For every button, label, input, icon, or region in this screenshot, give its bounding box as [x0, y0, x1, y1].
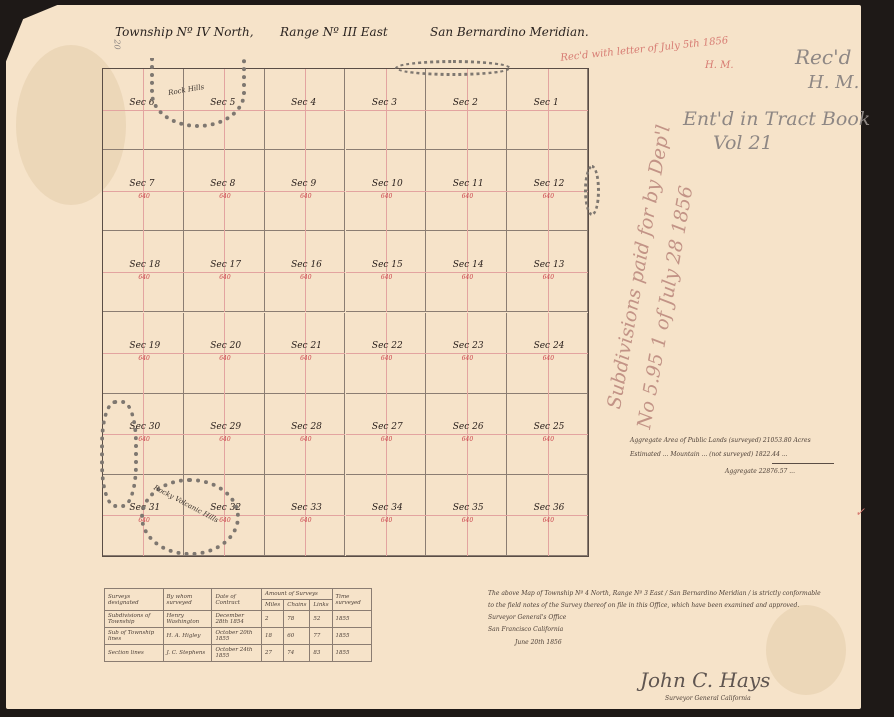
section-cell: Sec 22640: [346, 313, 427, 394]
section-label: Sec 33: [291, 503, 322, 513]
section-cell: Sec 10640: [346, 150, 427, 231]
subheader-miles: Miles: [262, 600, 284, 611]
section-label: Sec 16: [291, 260, 322, 270]
quarter-line: [386, 313, 387, 394]
township-title: Township Nº IV North,: [115, 25, 254, 39]
cell-chains: 78: [284, 611, 310, 628]
section-area: 640: [300, 517, 311, 524]
quarter-line: [305, 475, 306, 556]
section-label: Sec 14: [453, 260, 484, 270]
cell-miles: 18: [262, 628, 284, 645]
certification-date: June 20th 1856: [515, 639, 562, 646]
section-area: 640: [219, 193, 230, 200]
section-area: 640: [381, 274, 392, 281]
subheader-links: Links: [310, 600, 332, 611]
quarter-line: [305, 150, 306, 231]
section-cell: Sec 26640: [426, 394, 507, 475]
section-label: Sec 2: [453, 98, 478, 108]
certification-line-1: The above Map of Township Nº 4 North, Ra…: [488, 590, 821, 597]
section-area: 640: [300, 274, 311, 281]
section-area: 640: [138, 436, 149, 443]
section-label: Sec 34: [372, 503, 403, 513]
aggregate-surveyed: Aggregate Area of Public Lands (surveyed…: [630, 437, 811, 444]
section-cell: Sec 21640: [265, 313, 346, 394]
section-label: Sec 15: [372, 260, 403, 270]
cell-miles: 2: [262, 611, 284, 628]
section-label: Sec 3: [372, 98, 397, 108]
section-cell: Sec 23640: [426, 313, 507, 394]
section-cell: Sec 16640: [265, 231, 346, 312]
meridian-title: San Bernardino Meridian.: [430, 25, 589, 39]
section-cell: Sec 13640: [507, 231, 588, 312]
quarter-line: [548, 394, 549, 475]
section-label: Sec 11: [453, 179, 484, 189]
section-cell: Sec 36640: [507, 475, 588, 556]
quarter-line: [548, 475, 549, 556]
quarter-line: [467, 475, 468, 556]
section-area: 640: [219, 436, 230, 443]
quarter-line: [548, 150, 549, 231]
section-area: 640: [462, 274, 473, 281]
quarter-line: [143, 231, 144, 312]
quarter-line: [224, 394, 225, 475]
cell-links: 52: [310, 611, 332, 628]
section-area: 640: [138, 274, 149, 281]
section-label: Sec 8: [210, 179, 235, 189]
certification-line-2: to the field notes of the Survey thereof…: [488, 602, 799, 609]
quarter-line: [386, 231, 387, 312]
quarter-line: [467, 69, 468, 150]
section-area: 640: [462, 517, 473, 524]
section-cell: Sec 2: [426, 69, 507, 150]
survey-table: Surveys designated By whom surveyed Date…: [104, 588, 372, 662]
section-cell: Sec 28640: [265, 394, 346, 475]
cell-date: October 20th 1855: [212, 628, 262, 645]
section-cell: Sec 20640: [184, 313, 265, 394]
quarter-line: [143, 394, 144, 475]
table-row: Subdivisions of Township Henry Washingto…: [105, 611, 372, 628]
quarter-line: [305, 394, 306, 475]
quarter-line: [224, 150, 225, 231]
range-title: Range Nº III East: [280, 25, 388, 39]
section-cell: Sec 34640: [346, 475, 427, 556]
cell-time: 1855: [332, 611, 371, 628]
pencil-tract-book: Ent'd in Tract Book: [683, 108, 870, 130]
section-label: Sec 25: [534, 422, 565, 432]
quarter-line: [143, 69, 144, 150]
sum-rule: [772, 463, 834, 464]
quarter-line: [548, 231, 549, 312]
section-label: Sec 19: [129, 341, 160, 351]
section-label: Sec 23: [453, 341, 484, 351]
quarter-line: [548, 313, 549, 394]
cell-by: H. A. Higley: [163, 628, 212, 645]
section-area: 640: [138, 355, 149, 362]
aggregate-estimated: Estimated ... Mountain ... (not surveyed…: [630, 451, 788, 458]
ridge-outline: [395, 60, 511, 76]
quarter-line: [467, 231, 468, 312]
quarter-line: [305, 69, 306, 150]
section-area: 640: [300, 436, 311, 443]
section-area: 640: [462, 355, 473, 362]
cell-time: 1855: [332, 628, 371, 645]
section-area: 640: [543, 517, 554, 524]
cell-survey: Sub of Township lines: [105, 628, 164, 645]
section-cell: Sec 12640: [507, 150, 588, 231]
header-amount: Amount of Surveys: [262, 589, 333, 600]
west-hills-outline: [100, 400, 138, 508]
quarter-line: [224, 231, 225, 312]
rock-hills-outline: [150, 58, 246, 128]
table-row: Section lines J. C. Stephens October 24t…: [105, 645, 372, 662]
section-label: Sec 18: [129, 260, 160, 270]
pencil-initials: H. M.: [808, 72, 859, 93]
cell-by: Henry Washington: [163, 611, 212, 628]
section-label: Sec 10: [372, 179, 403, 189]
section-label: Sec 28: [291, 422, 322, 432]
section-area: 640: [219, 274, 230, 281]
section-label: Sec 22: [372, 341, 403, 351]
cell-date: December 28th 1854: [212, 611, 262, 628]
section-label: Sec 26: [453, 422, 484, 432]
section-area: 640: [543, 193, 554, 200]
aggregate-total: Aggregate 22876.57 ...: [725, 468, 795, 475]
section-label: Sec 12: [534, 179, 565, 189]
section-area: 640: [300, 355, 311, 362]
quarter-line: [305, 313, 306, 394]
quarter-line: [143, 150, 144, 231]
cell-survey: Section lines: [105, 645, 164, 662]
quarter-line: [143, 313, 144, 394]
cell-links: 83: [310, 645, 332, 662]
section-cell: Sec 4: [265, 69, 346, 150]
certification-office: Surveyor General's Office: [488, 614, 566, 621]
section-label: Sec 4: [291, 98, 316, 108]
header-by-whom: By whom surveyed: [163, 589, 212, 611]
section-label: Sec 1: [534, 98, 559, 108]
section-area: 640: [543, 355, 554, 362]
section-label: Sec 17: [210, 260, 241, 270]
cell-chains: 60: [284, 628, 310, 645]
section-cell: Sec 8640: [184, 150, 265, 231]
subheader-chains: Chains: [284, 600, 310, 611]
quarter-line: [386, 69, 387, 150]
section-area: 640: [381, 193, 392, 200]
pencil-recd: Rec'd: [795, 45, 851, 69]
section-label: Sec 29: [210, 422, 241, 432]
section-area: 640: [462, 436, 473, 443]
section-cell: Sec 19640: [103, 313, 184, 394]
quarter-line: [224, 313, 225, 394]
quarter-line: [386, 475, 387, 556]
section-cell: Sec 7640: [103, 150, 184, 231]
header-date: Date of Contract: [212, 589, 262, 611]
check-mark: ✓: [855, 505, 865, 519]
certification-place: San Francisco California: [488, 626, 563, 633]
section-cell: Sec 17640: [184, 231, 265, 312]
quarter-line: [467, 313, 468, 394]
paper-stain: [766, 605, 846, 695]
cell-date: October 24th 1855: [212, 645, 262, 662]
section-label: Sec 36: [534, 503, 565, 513]
section-cell: Sec 1: [507, 69, 588, 150]
section-cell: Sec 15640: [346, 231, 427, 312]
quarter-line: [386, 150, 387, 231]
section-area: 640: [543, 436, 554, 443]
section-area: 640: [138, 193, 149, 200]
quarter-line: [305, 231, 306, 312]
section-label: Sec 24: [534, 341, 565, 351]
section-area: 640: [543, 274, 554, 281]
section-label: Sec 20: [210, 341, 241, 351]
cell-by: J. C. Stephens: [163, 645, 212, 662]
section-cell: Sec 14640: [426, 231, 507, 312]
section-area: 640: [300, 193, 311, 200]
section-label: Sec 13: [534, 260, 565, 270]
cell-chains: 74: [284, 645, 310, 662]
quarter-line: [548, 69, 549, 150]
section-area: 640: [381, 355, 392, 362]
section-cell: Sec 25640: [507, 394, 588, 475]
section-label: Sec 35: [453, 503, 484, 513]
section-cell: Sec 35640: [426, 475, 507, 556]
cell-survey: Subdivisions of Township: [105, 611, 164, 628]
received-initials: H. M.: [705, 60, 734, 71]
header-time: Time surveyed: [332, 589, 371, 611]
section-area: 640: [462, 193, 473, 200]
section-label: Sec 7: [129, 179, 154, 189]
cell-links: 77: [310, 628, 332, 645]
section-cell: Sec 3: [346, 69, 427, 150]
section-cell: Sec 29640: [184, 394, 265, 475]
section-area: 640: [381, 436, 392, 443]
margin-number: 20: [113, 39, 122, 49]
pencil-volume: Vol 21: [713, 132, 773, 154]
section-area: 640: [381, 517, 392, 524]
quarter-line: [386, 394, 387, 475]
cell-miles: 27: [262, 645, 284, 662]
section-cell: Sec 24640: [507, 313, 588, 394]
section-cell: Sec 11640: [426, 150, 507, 231]
table-row: Sub of Township lines H. A. Higley Octob…: [105, 628, 372, 645]
quarter-line: [467, 394, 468, 475]
cell-time: 1855: [332, 645, 371, 662]
section-label: Sec 21: [291, 341, 322, 351]
signature: John C. Hays: [640, 668, 770, 692]
ridge-outline-east: [584, 165, 600, 216]
quarter-line: [467, 150, 468, 231]
header-surveys: Surveys designated: [105, 589, 164, 611]
section-label: Sec 27: [372, 422, 403, 432]
section-cell: Sec 27640: [346, 394, 427, 475]
section-label: Sec 9: [291, 179, 316, 189]
signature-title: Surveyor General California: [665, 695, 751, 702]
section-cell: Sec 9640: [265, 150, 346, 231]
section-area: 640: [219, 355, 230, 362]
section-cell: Sec 33640: [265, 475, 346, 556]
section-cell: Sec 18640: [103, 231, 184, 312]
